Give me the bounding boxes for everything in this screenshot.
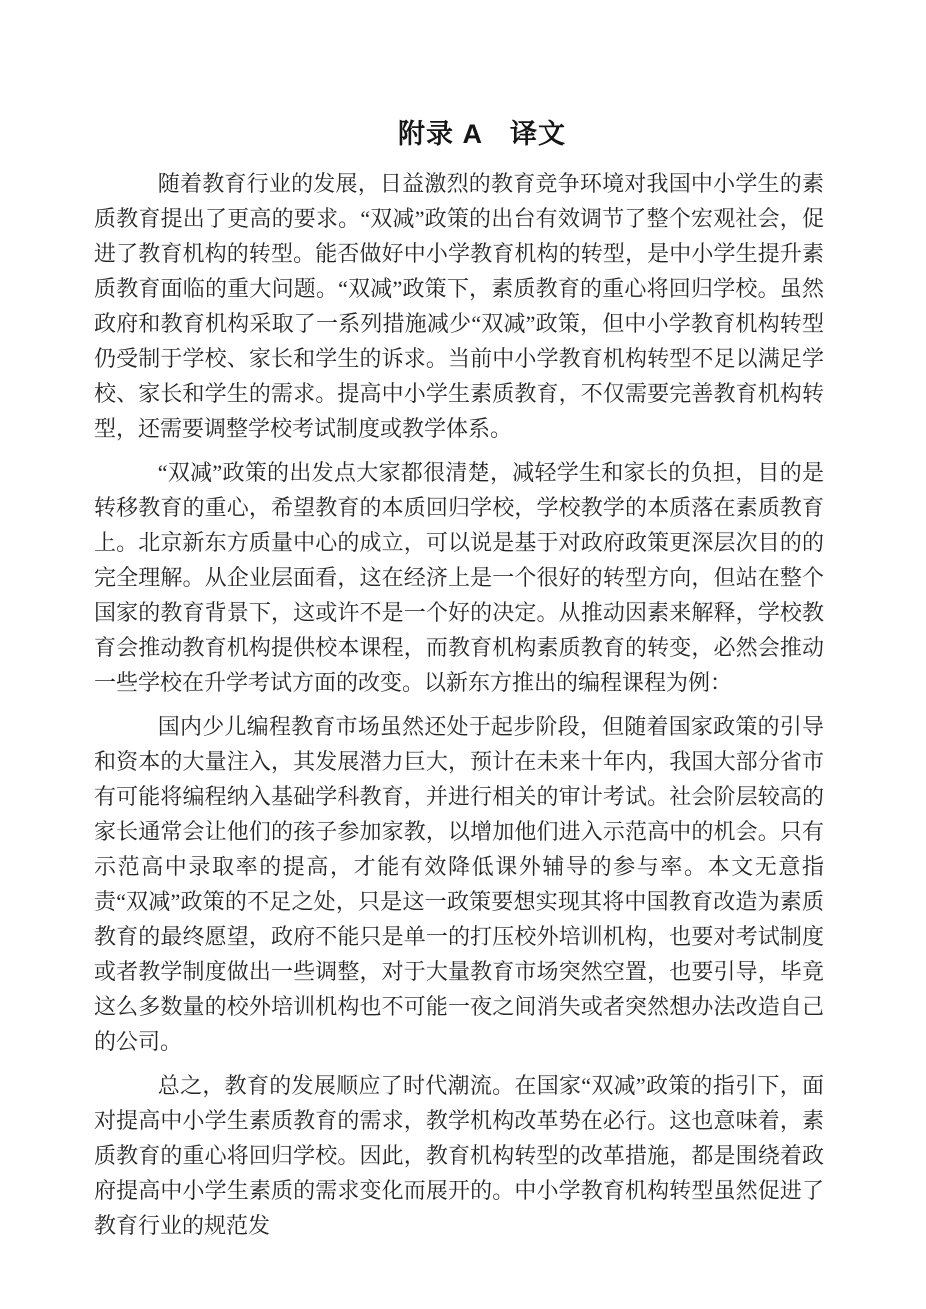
paragraph: 总之，教育的发展顺应了时代潮流。在国家“双减”政策的指引下，面对提高中小学生素质… <box>94 1068 824 1243</box>
document-page: 附录 A 译文 随着教育行业的发展，日益激烈的教育竞争环境对我国中小学生的素质教… <box>0 0 926 1309</box>
paragraph: 国内少儿编程教育市场虽然还处于起步阶段，但随着国家政策的引导和资本的大量注入，其… <box>94 709 824 1059</box>
paragraph: “双减”政策的出发点大家都很清楚，减轻学生和家长的负担，目的是转移教育的重心，希… <box>94 455 824 700</box>
paragraph: 随着教育行业的发展，日益激烈的教育竞争环境对我国中小学生的素质教育提出了更高的要… <box>94 166 824 446</box>
document-title: 附录 A 译文 <box>0 118 926 150</box>
document-body: 随着教育行业的发展，日益激烈的教育竞争环境对我国中小学生的素质教育提出了更高的要… <box>94 166 824 1243</box>
